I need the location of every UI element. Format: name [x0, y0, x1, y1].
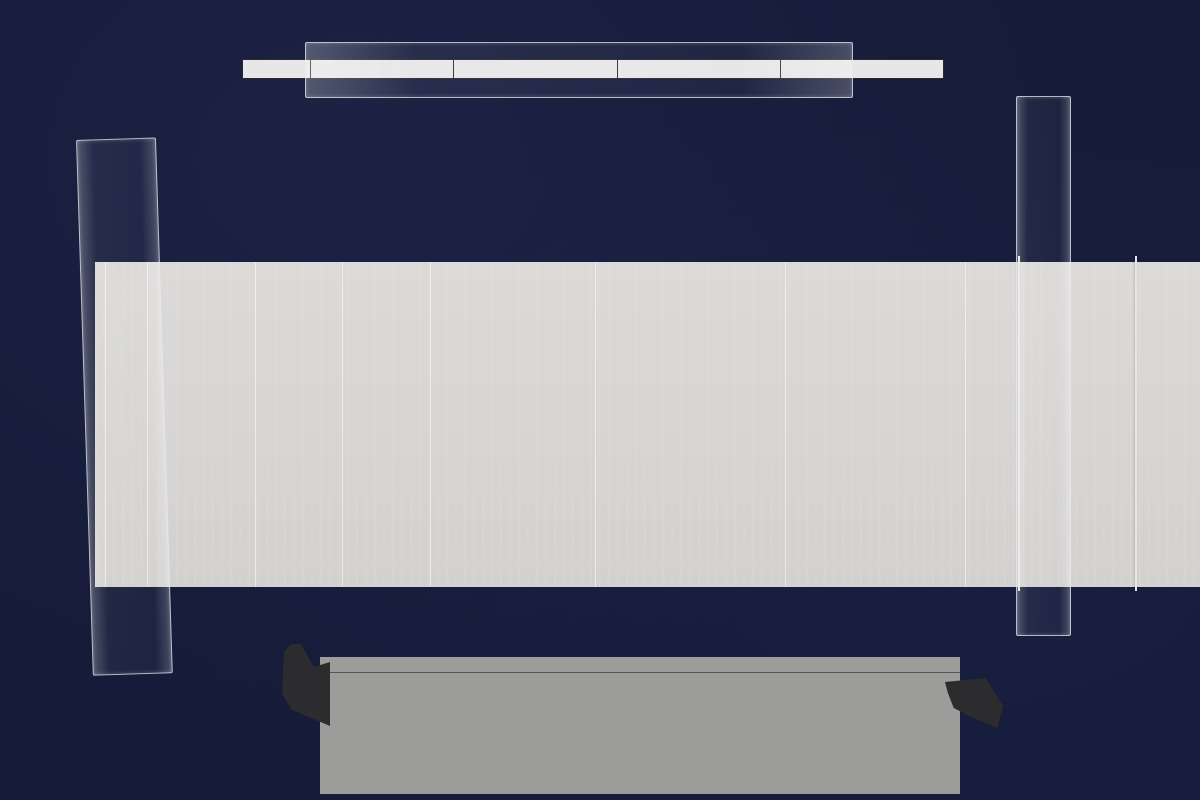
patches-dark-row [320, 758, 960, 794]
label-item-number [243, 60, 311, 78]
acrylic-weight-left [76, 137, 173, 675]
patch-labels [320, 707, 960, 721]
acrylic-weight-top [305, 42, 853, 98]
patches-light-row [320, 722, 960, 758]
ruler-centimetres [320, 673, 960, 687]
ruler-inches [320, 657, 960, 673]
acrylic-weight-right [1016, 96, 1071, 636]
kodak-color-control-card [320, 657, 960, 794]
